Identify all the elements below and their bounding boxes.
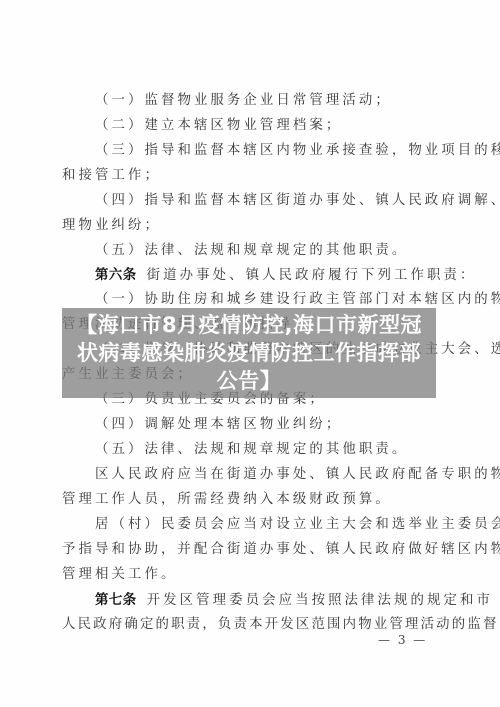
banner-title-line: 状病毒感染肺炎疫情防控工作指挥部 bbox=[62, 339, 436, 367]
doc-line: （三）指导和监督本辖区内物业承接查验，物业项目的移交 bbox=[95, 142, 445, 160]
doc-line: 和接管工作； bbox=[62, 167, 444, 185]
doc-line: （四）指导和监督本辖区街道办事处、镇人民政府调解、处 bbox=[95, 192, 445, 210]
article-number: 第六条 bbox=[95, 267, 137, 283]
doc-line: 管理相关工作。 bbox=[62, 566, 444, 584]
doc-line: （一）协助住房和城乡建设行政主管部门对本辖区内的物业 bbox=[95, 291, 445, 309]
doc-line: 理物业纠纷； bbox=[62, 217, 444, 235]
doc-line: （一）监督物业服务企业日常管理活动； bbox=[95, 92, 445, 110]
banner-title-line: 公告】 bbox=[62, 367, 436, 395]
doc-line: （四）调解处理本辖区物业纠纷； bbox=[95, 416, 445, 434]
doc-line: （五）法律、法规和规章规定的其他职责。 bbox=[95, 242, 445, 260]
doc-line: 人民政府确定的职责，负责本开发区范围内物业管理活动的监督 bbox=[62, 616, 444, 634]
doc-line-article: 第七条开发区管理委员会应当按照法律法规的规定和市 bbox=[95, 591, 445, 610]
doc-line: 区人民政府应当在街道办事处、镇人民政府配备专职的物业 bbox=[95, 466, 445, 484]
article-text: 街道办事处、镇人民政府履行下列工作职责： bbox=[147, 268, 477, 283]
banner-title: 【海口市8月疫情防控,海口市新型冠 状病毒感染肺炎疫情防控工作指挥部 公告】 bbox=[62, 311, 436, 395]
doc-line: 管理工作人员，所需经费纳入本级财政预算。 bbox=[62, 491, 444, 509]
article-text: 开发区管理委员会应当按照法律法规的规定和市 bbox=[147, 593, 493, 608]
doc-line: 予指导和协助，并配合街道办事处、镇人民政府做好辖区内物业 bbox=[62, 541, 444, 559]
doc-line-article: 第六条街道办事处、镇人民政府履行下列工作职责： bbox=[95, 266, 445, 285]
doc-line: （二）建立本辖区物业管理档案； bbox=[95, 117, 445, 135]
banner-title-line: 【海口市8月疫情防控,海口市新型冠 bbox=[62, 311, 436, 339]
doc-line: 居（村）民委员会应当对设立业主大会和选举业主委员会给 bbox=[95, 516, 445, 534]
doc-line: （五）法律、法规和规章规定的其他职责。 bbox=[95, 441, 445, 459]
article-number: 第七条 bbox=[95, 592, 137, 608]
page-number: — 3 — bbox=[378, 633, 427, 647]
